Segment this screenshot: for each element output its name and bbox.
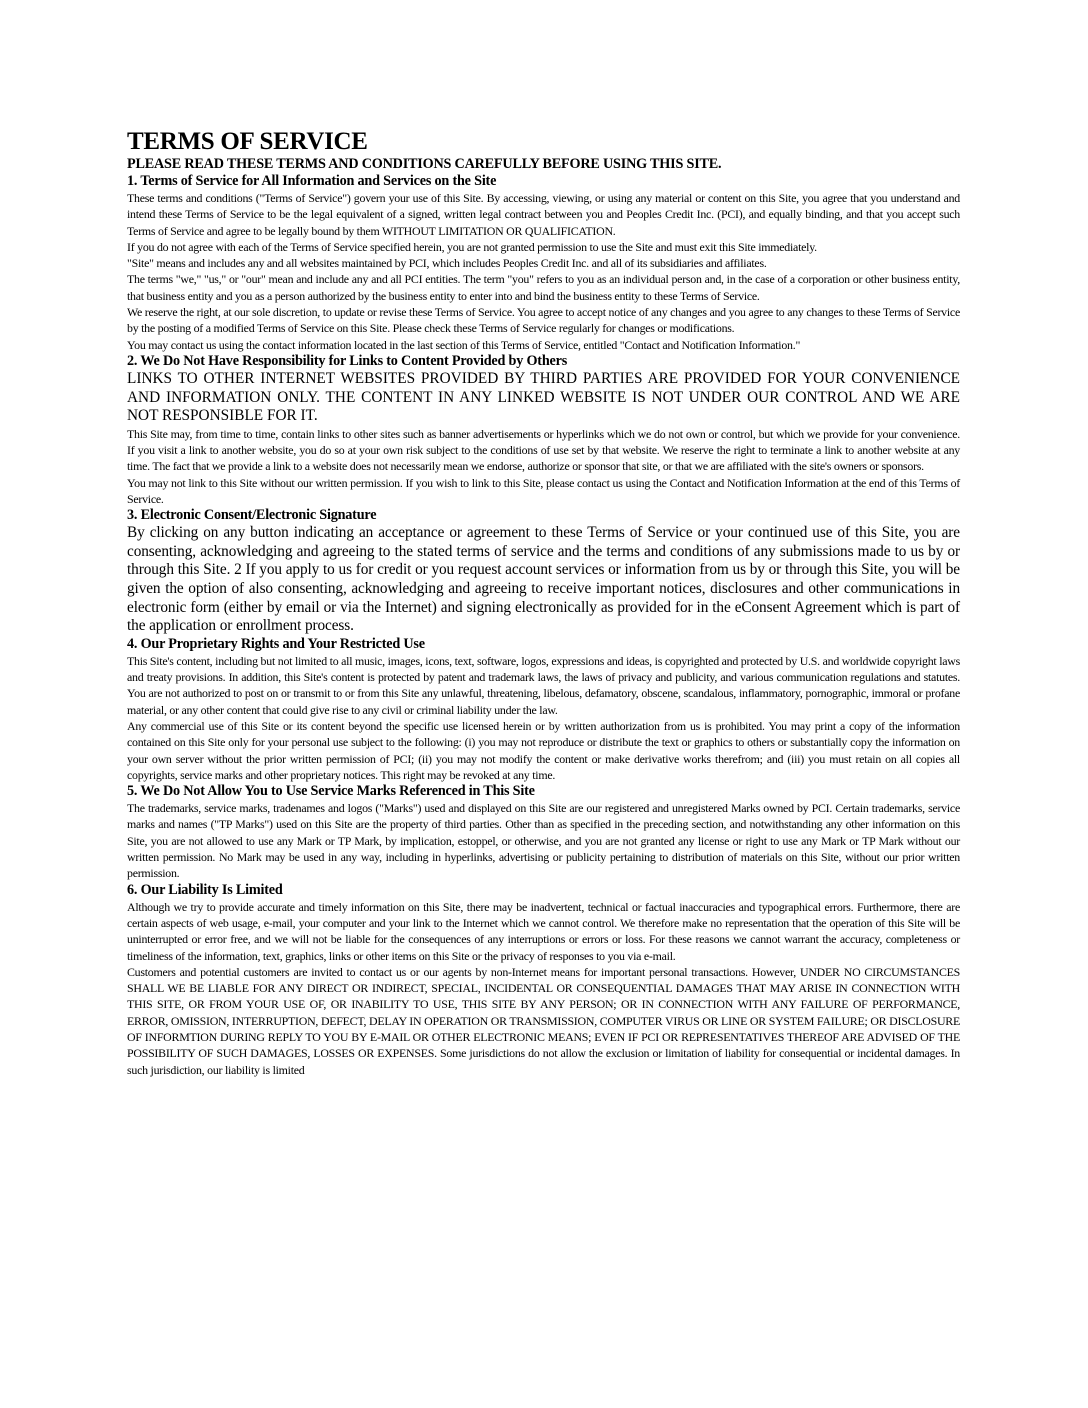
section-heading: 4. Our Proprietary Rights and Your Restr…	[127, 636, 960, 653]
paragraph: You may not link to this Site without ou…	[127, 475, 960, 508]
paragraph: We reserve the right, at our sole discre…	[127, 304, 960, 337]
section-4-proprietary-rights: 4. Our Proprietary Rights and Your Restr…	[127, 636, 960, 783]
paragraph: Customers and potential customers are in…	[127, 964, 960, 1078]
paragraph: This Site may, from time to time, contai…	[127, 426, 960, 475]
section-1-terms-of-service: 1. Terms of Service for All Information …	[127, 173, 960, 353]
section-heading: 3. Electronic Consent/Electronic Signatu…	[127, 507, 960, 524]
section-heading: 6. Our Liability Is Limited	[127, 882, 960, 899]
section-3-electronic-consent: 3. Electronic Consent/Electronic Signatu…	[127, 507, 960, 636]
paragraph: If you do not agree with each of the Ter…	[127, 239, 960, 255]
section-heading: 1. Terms of Service for All Information …	[127, 173, 960, 190]
paragraph: Although we try to provide accurate and …	[127, 899, 960, 964]
terms-document: TERMS OF SERVICE PLEASE READ THESE TERMS…	[127, 128, 960, 1078]
paragraph: This Site's content, including but not l…	[127, 653, 960, 718]
section-2-links-responsibility: 2. We Do Not Have Responsibility for Lin…	[127, 353, 960, 507]
warning-subtitle: PLEASE READ THESE TERMS AND CONDITIONS C…	[127, 155, 960, 173]
paragraph: "Site" means and includes any and all we…	[127, 255, 960, 271]
paragraph: By clicking on any button indicating an …	[127, 524, 960, 636]
section-heading: 2. We Do Not Have Responsibility for Lin…	[127, 353, 960, 370]
paragraph: The trademarks, service marks, tradename…	[127, 800, 960, 881]
page-title: TERMS OF SERVICE	[127, 128, 960, 155]
paragraph: LINKS TO OTHER INTERNET WEBSITES PROVIDE…	[127, 370, 960, 426]
paragraph: Any commercial use of this Site or its c…	[127, 718, 960, 783]
paragraph: These terms and conditions ("Terms of Se…	[127, 190, 960, 239]
paragraph: The terms "we," "us," or "our" mean and …	[127, 271, 960, 304]
section-heading: 5. We Do Not Allow You to Use Service Ma…	[127, 783, 960, 800]
section-6-liability-limited: 6. Our Liability Is Limited Although we …	[127, 882, 960, 1078]
section-5-service-marks: 5. We Do Not Allow You to Use Service Ma…	[127, 783, 960, 881]
paragraph: You may contact us using the contact inf…	[127, 337, 960, 353]
